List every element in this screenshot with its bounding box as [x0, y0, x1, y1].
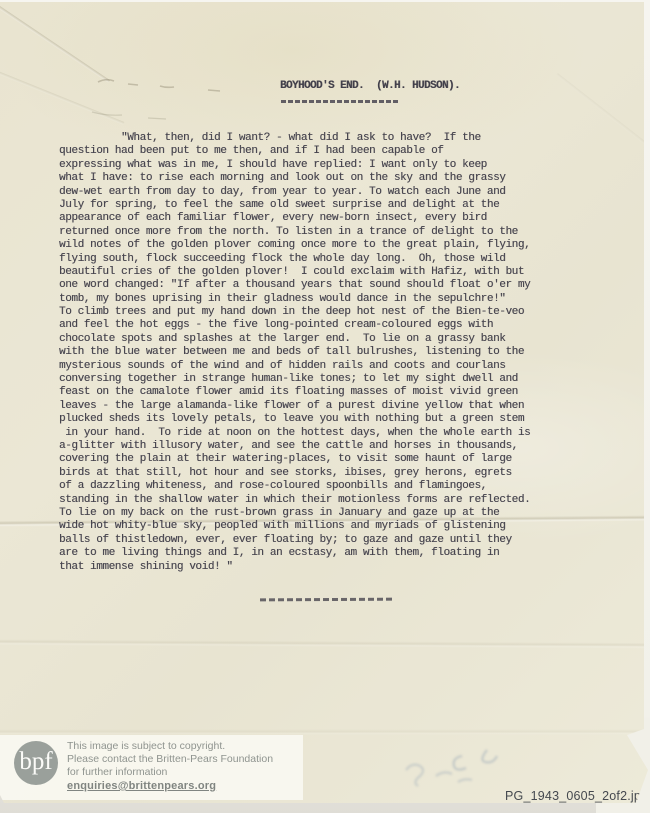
typed-line: mysterious sounds of the wind and of hid…	[59, 360, 619, 373]
typed-line: wide hot whity-blue sky, peopled with mi…	[59, 520, 619, 533]
typed-line: expressing what was in me, I should have…	[59, 159, 619, 172]
typed-line: standing in the shallow water in which t…	[59, 494, 619, 507]
typed-line: leaves - the large alamanda-like flower …	[59, 400, 619, 413]
typed-line: beautiful cries of the golden plover! I …	[59, 266, 619, 279]
typed-line: that immense shining void! "	[59, 561, 619, 574]
document-body: "What, then, did I want? - what did I as…	[59, 132, 619, 574]
typed-line: tomb, my bones uprising in their gladnes…	[59, 293, 619, 306]
typed-line: balls of thistledown, ever, ever floatin…	[59, 534, 619, 547]
typed-line: dew-wet earth from day to day, from year…	[59, 186, 619, 199]
typed-line: a-glitter with illusory water, and see t…	[59, 440, 619, 453]
typed-line: question had been put to me then, and if…	[59, 145, 619, 158]
handwriting-showthrough	[392, 742, 517, 797]
typed-line: and feel the hot eggs - the five long-po…	[59, 319, 619, 332]
typed-line: flying south, flock succeeding flock the…	[59, 253, 619, 266]
typed-line: feast on the camalote flower amid its fl…	[59, 386, 619, 399]
scanned-page: BOYHOOD'S END. (W.H. HUDSON). "What, the…	[0, 0, 650, 813]
copyright-watermark: bpf This image is subject to copyright. …	[0, 735, 303, 800]
copyright-text: This image is subject to copyright. Plea…	[67, 740, 273, 793]
typed-line: in your hand. To ride at noon on the hot…	[59, 427, 619, 440]
typed-line: returned once more from the north. To li…	[59, 226, 619, 239]
typed-line: covering the plain at their watering-pla…	[59, 453, 619, 466]
typed-line: appearance of each familiar flower, ever…	[59, 212, 619, 225]
bpf-logo-text: bpf	[19, 748, 52, 775]
typed-line: with the blue water between me and beds …	[59, 346, 619, 359]
typed-line: "What, then, did I want? - what did I as…	[59, 132, 619, 145]
end-rule	[260, 598, 394, 602]
typed-line: wild notes of the golden plover coming o…	[59, 239, 619, 252]
typed-line: one word changed: "If after a thousand y…	[59, 279, 619, 292]
document-title: BOYHOOD'S END. (W.H. HUDSON).	[280, 80, 460, 92]
copyright-line: for further information	[67, 766, 273, 779]
typed-line: are to me living things and I, in an ecs…	[59, 547, 619, 560]
typed-line: conversing together in strange human-lik…	[59, 373, 619, 386]
bpf-logo: bpf	[14, 741, 58, 785]
typed-line: what I have: to rise each morning and lo…	[59, 172, 619, 185]
typed-line: July for spring, to feel the same old sw…	[59, 199, 619, 212]
corner-crease	[0, 58, 124, 124]
copyright-line: This image is subject to copyright.	[67, 740, 273, 753]
title-underline	[281, 100, 399, 103]
paper: BOYHOOD'S END. (W.H. HUDSON). "What, the…	[0, 2, 650, 813]
contact-email: enquiries@brittenpears.org	[67, 780, 216, 793]
fold-crease	[0, 639, 650, 648]
typed-line: plucked sheds its lovely petals, to leav…	[59, 413, 619, 426]
typed-line: birds at that still, hot hour and see st…	[59, 467, 619, 480]
filename-label: PG_1943_0605_2of2.jpg	[505, 789, 645, 803]
typed-line: chocolate spots and splashes at the larg…	[59, 333, 619, 346]
typed-line: of a dazzling whiteness, and rose-colour…	[59, 480, 619, 493]
typed-line: To climb trees and put my hand down in t…	[59, 306, 619, 319]
typed-line: To lie on my back on the rust-brown gras…	[59, 507, 619, 520]
corner-crease	[0, 0, 110, 83]
copyright-line: Please contact the Britten-Pears Foundat…	[67, 753, 273, 766]
